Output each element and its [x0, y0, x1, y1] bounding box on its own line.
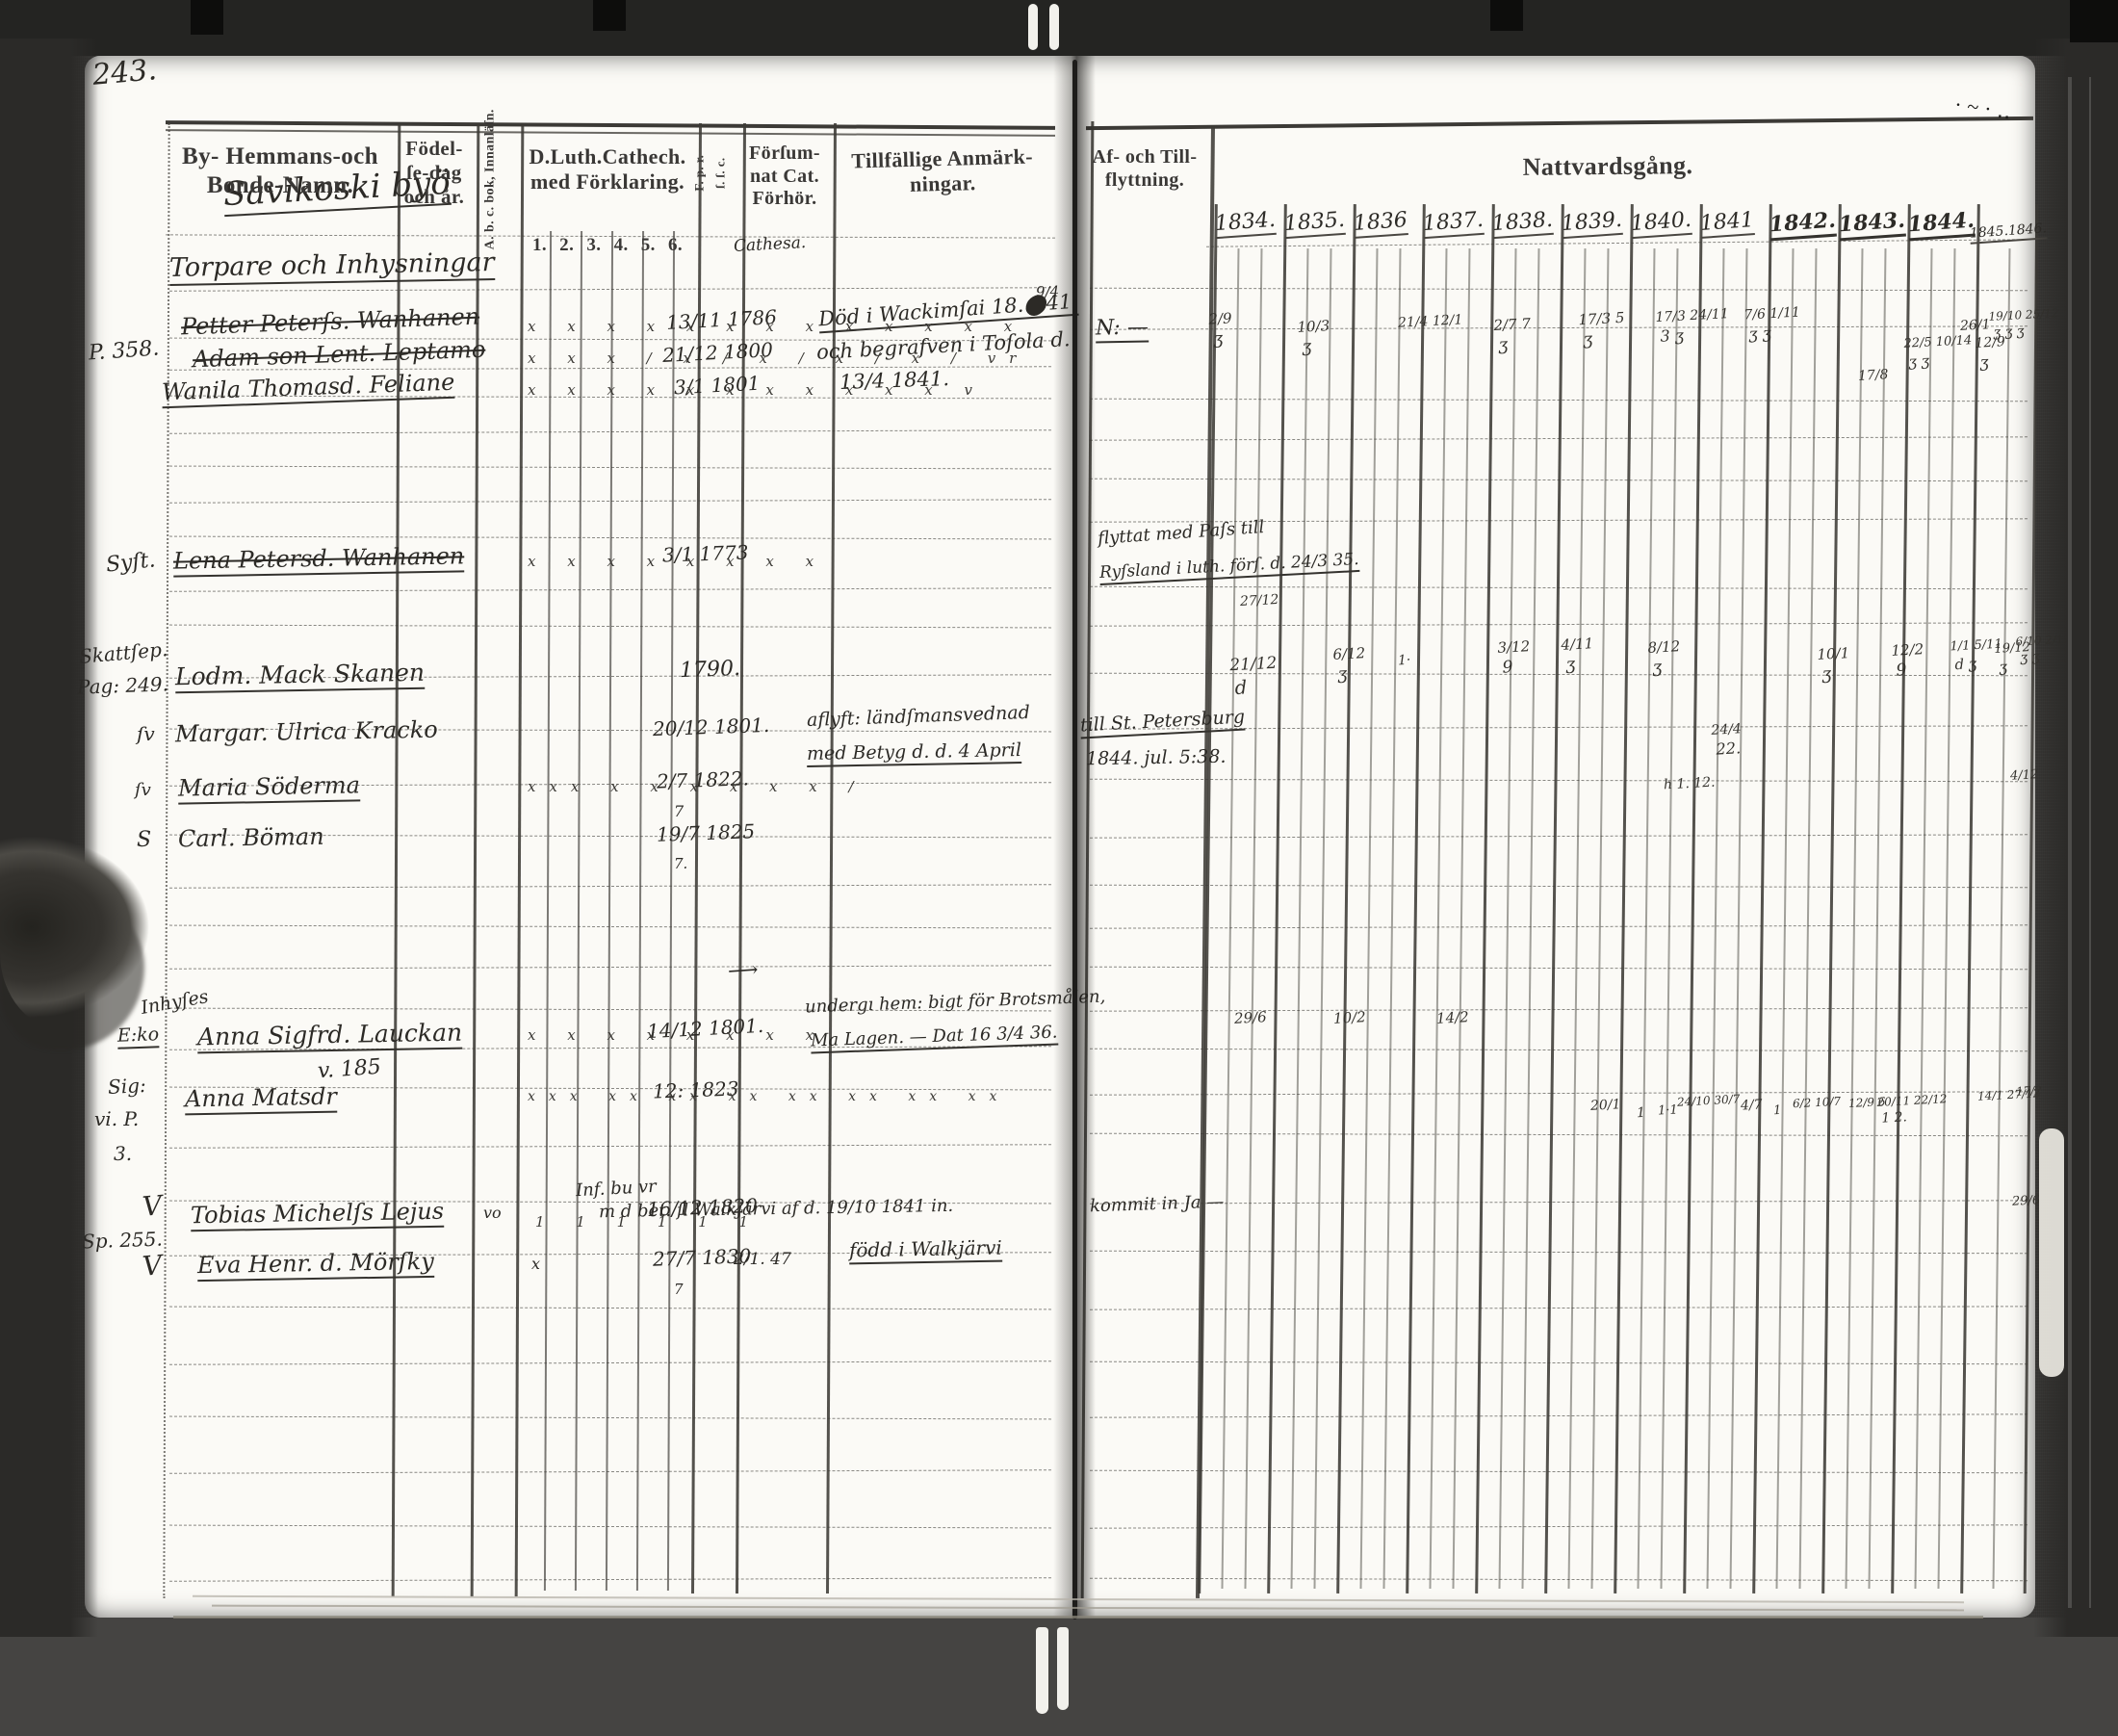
communion-mark: 20/11 22/121 2. — [1876, 1092, 1949, 1127]
column-header-moving: Af- och Till- flyttning. — [1086, 146, 1203, 192]
handwriting-item: x — [531, 1255, 540, 1273]
communion-mark-flourish: ʒ — [1979, 351, 2006, 371]
communion-mark: 1· — [1398, 653, 1411, 669]
communion-mark-flourish: ʒ — [1498, 334, 1532, 355]
scanned-book-spread: Savikoski byöTorpare och InhysningarP. 3… — [0, 0, 2118, 1736]
handwriting-item: Sig: — [107, 1074, 146, 1099]
handwriting-item: V — [142, 1249, 164, 1283]
year-label: 1842. — [1769, 208, 1837, 242]
year-label: 1836 — [1353, 208, 1408, 239]
column-header-birthdate: Födel- ſe-dag och år. — [397, 137, 472, 208]
year-label: 1835. — [1283, 208, 1346, 239]
film-tab-2 — [593, 0, 626, 31]
communion-mark: 27/12 — [1240, 592, 1279, 609]
handwriting-item: Maria Söderma — [178, 771, 360, 804]
scanner-bed-top — [0, 0, 2118, 56]
handwriting-item: Torpare och Inhysningar — [169, 247, 495, 286]
communion-mark: 17/3 5ʒ — [1578, 309, 1626, 350]
handwriting-item: 19/7 1825 — [657, 819, 756, 846]
handwriting-item: Carl. Böman — [178, 823, 324, 853]
communion-mark: 24/422. — [1711, 721, 1743, 759]
communion-mark: 6/12ʒ — [1332, 644, 1367, 685]
registration-mark-bottom-2 — [1057, 1627, 1069, 1710]
communion-mark-flourish: ʒ ʒ — [1908, 350, 1974, 370]
communion-mark: 26/1 — [1960, 317, 1991, 334]
handwriting-item: med Betyg d. d. 4 April — [807, 739, 1021, 767]
handwriting-item: 3. — [114, 1142, 132, 1165]
handwriting-item: ſv — [135, 780, 151, 800]
communion-mark: 1 — [1773, 1103, 1782, 1118]
communion-mark-flourish: ʒ — [1652, 657, 1682, 678]
year-label: 1837. — [1422, 208, 1485, 239]
communion-mark: 4/7 — [1741, 1097, 1763, 1113]
handwriting-item: 7 — [674, 1281, 684, 1298]
catechism-subcolumn-numbers: 1. 2. 3. 4. 5. 6. — [520, 235, 695, 256]
communion-section-title: Nattvardsgång. — [1483, 151, 1733, 183]
year-label: 1844. — [1907, 208, 1976, 242]
handwriting-item: Lodm. Mack Skanen — [175, 659, 426, 694]
communion-mark: 3/129 — [1497, 637, 1532, 678]
communion-mark: 4/11ʒ — [1561, 635, 1595, 675]
communion-mark-flourish: ʒ — [1583, 328, 1626, 350]
handwriting-item: 1844. jul. 5:38. — [1086, 746, 1227, 770]
column-header-missed-examination: Förſum- nat Cat. Förhör. — [741, 143, 828, 211]
page-stack-streak-1 — [2068, 77, 2072, 1608]
year-label: 1841 — [1699, 208, 1755, 239]
handwriting-item: x x x x x x x x — [528, 553, 827, 570]
handwriting-item: P. 358. — [88, 336, 160, 365]
handwriting-item: V — [142, 1189, 164, 1223]
page-stack-streak-2 — [2089, 77, 2091, 1608]
year-label: 1840. — [1630, 208, 1692, 239]
narrow-column-vertical-label-1: F. p. r. — [691, 116, 706, 231]
handwriting-item: vi. P. — [94, 1107, 139, 1130]
communion-mark-flourish: ʒ ʒ — [1748, 322, 1801, 343]
communion-mark: 20/1 — [1590, 1097, 1621, 1114]
handwriting-item: v. 185 — [317, 1055, 381, 1084]
handwriting-item: Cathesa. — [734, 233, 807, 256]
communion-mark: 1 — [1637, 1105, 1646, 1121]
film-tab-3 — [1490, 0, 1523, 31]
book-gutter-line — [1072, 60, 1077, 1619]
film-tab-1 — [191, 0, 223, 35]
handwriting-item: x x x x x x x x — [528, 1026, 827, 1044]
handwriting-item: 7. — [674, 855, 687, 872]
registration-mark-top-1 — [1028, 4, 1038, 50]
communion-mark-flourish: 22. — [1716, 738, 1743, 758]
handwriting-item: Inf. bu vr — [576, 1177, 658, 1201]
handwriting-item: 20/12 1801. — [653, 713, 770, 740]
film-tab-4 — [2070, 0, 2118, 42]
communion-mark-flourish: 9 — [1502, 657, 1532, 678]
communion-mark: 2/7 7ʒ — [1493, 315, 1532, 355]
communion-mark: 12/29 — [1891, 640, 1925, 681]
column-header-remarks: Tillfällige Anmärk- ningar. — [833, 143, 1051, 199]
year-label: 1843. — [1838, 208, 1906, 242]
communion-mark-flourish: ʒ — [1213, 328, 1233, 349]
handwriting-item: Tobias Michelſs Lejus — [191, 1198, 445, 1232]
left-page-number: 243. — [91, 53, 159, 92]
page-stack-edge-3 — [173, 1616, 1983, 1619]
communion-mark: 7/6 1/11ʒ ʒ — [1743, 304, 1801, 343]
handwriting-item: ſv — [137, 722, 155, 745]
handwriting-item: xxx xx xx xx xx xx xx xx — [528, 1089, 1010, 1104]
communion-mark-flourish: ʒ — [1337, 663, 1367, 685]
communion-mark: h 1. 12. — [1664, 775, 1716, 793]
communion-mark-flourish: 9 — [1896, 660, 1925, 681]
year-label: 1839. — [1561, 208, 1623, 239]
communion-mark: 2/9ʒ — [1208, 309, 1233, 349]
handwriting-item: Anna Sigfrd. Lauckan — [197, 1019, 463, 1054]
communion-mark-flourish: ʒ — [1302, 336, 1331, 357]
year-label: 1838. — [1491, 208, 1554, 239]
handwriting-item: född i Walkjärvi — [849, 1236, 1002, 1265]
communion-mark: 10/3ʒ — [1297, 317, 1331, 357]
handwriting-item: Margar. Ulrica Kracko — [175, 716, 438, 748]
communion-mark: 8/12ʒ — [1647, 637, 1682, 678]
handwriting-item: 7 — [674, 802, 684, 820]
communion-mark-flourish: d — [1234, 675, 1279, 699]
communion-mark-flourish: ʒ — [1821, 663, 1851, 685]
registration-mark-bottom-1 — [1036, 1627, 1048, 1714]
communion-mark: 10/2 — [1333, 1008, 1367, 1027]
communion-mark-flourish: ʒ — [1565, 654, 1595, 675]
handwriting-item: Eva Henr. d. Mörſky — [197, 1248, 434, 1282]
handwriting-item: xxx x x x x x x / — [528, 778, 867, 795]
handwriting-item: vo — [483, 1204, 502, 1222]
communion-mark-flourish: 3 ʒ — [1660, 324, 1730, 346]
registration-mark-top-2 — [1049, 4, 1059, 50]
communion-mark: 10/1ʒ — [1817, 644, 1851, 685]
column-header-name: By- Hemmans-och Bonde-Namn. — [173, 143, 387, 199]
handwriting-item: 13/4 1841. — [839, 367, 950, 394]
column-header-catechism: D.Luth.Cathech. med Förklaring. — [520, 144, 695, 194]
communion-mark: 14/2 — [1436, 1008, 1470, 1027]
year-label: 1834. — [1214, 208, 1277, 239]
communion-mark: 21/12d — [1229, 654, 1279, 700]
handwriting-item: 1790. — [680, 657, 741, 683]
communion-mark: 1·1 — [1658, 1102, 1678, 1118]
scanner-bed-right — [2033, 39, 2118, 1637]
handwriting-item: Anna Matsdr — [185, 1083, 337, 1116]
handwriting-item: Syſt. — [105, 548, 157, 577]
column-header-abc-reading: A. b. c. bok, Innanläſn. — [483, 102, 500, 256]
handwriting-item: ⟶ — [727, 958, 759, 984]
page-edge-sliver — [2039, 1128, 2064, 1377]
narrow-column-vertical-label-2: ſ. ſ. c. — [712, 116, 727, 231]
communion-mark: 17/3 24/113 ʒ — [1655, 306, 1730, 346]
handwriting-item: N: — — [1096, 316, 1149, 344]
communion-mark: 22/5 10/14ʒ ʒ — [1903, 333, 1974, 371]
handwriting-item: 27/7 1830 — [653, 1244, 752, 1271]
handwriting-item: E:ko — [117, 1023, 160, 1049]
communion-mark: 17/8 — [1858, 367, 1889, 384]
communion-mark: 6/2 10/7 — [1793, 1095, 1842, 1111]
communion-mark: 29/6 — [1234, 1008, 1268, 1027]
handwriting-item: Lena Petersd. Wanhanen — [173, 542, 465, 577]
